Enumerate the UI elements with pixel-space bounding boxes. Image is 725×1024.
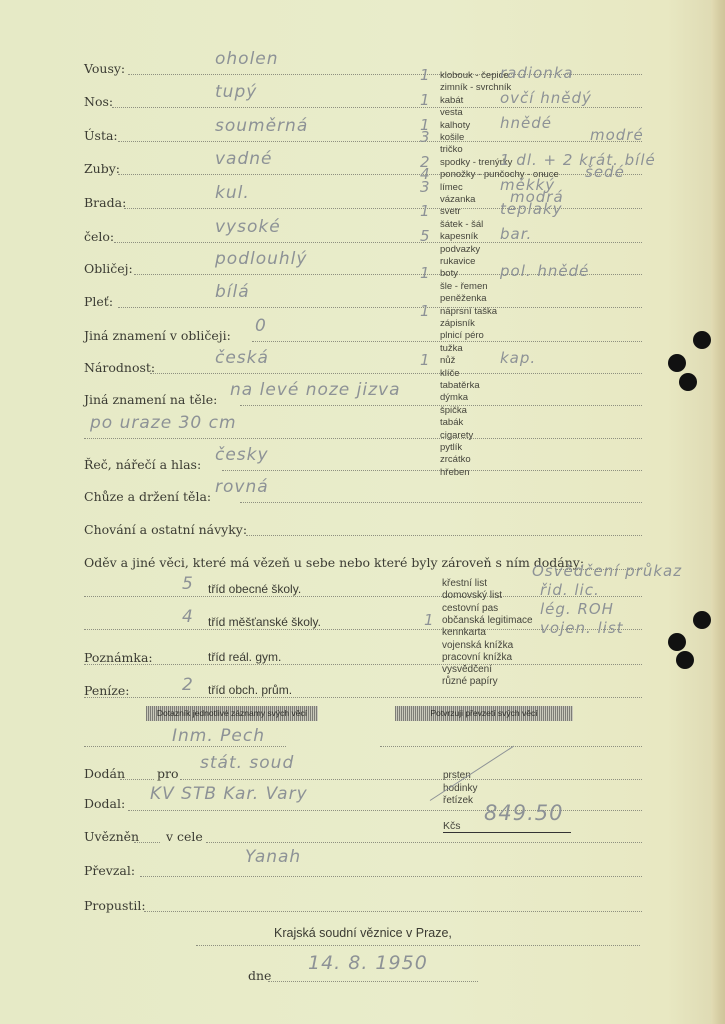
dotted-line xyxy=(206,842,642,843)
clothing-item: špička xyxy=(440,405,467,416)
document-item: pracovní knížka xyxy=(442,652,512,663)
dotted-line xyxy=(84,746,286,747)
clothing-note: pol. hnědé xyxy=(500,262,589,280)
dotted-line xyxy=(118,141,642,142)
punch-hole xyxy=(693,331,711,349)
field-value: tupý xyxy=(215,82,257,102)
clothing-item: košile xyxy=(440,132,464,143)
dotted-line xyxy=(120,779,154,780)
clothing-item: boty xyxy=(440,268,458,279)
clothing-item: tričko xyxy=(440,144,463,155)
field-label: Řeč, nářečí a hlas: xyxy=(84,457,201,472)
punch-hole xyxy=(668,354,686,372)
field-label: Obličej: xyxy=(84,261,133,276)
clothing-item: vesta xyxy=(440,107,463,118)
clothing-item: náprsní taška xyxy=(440,306,497,317)
clothing-count: 3 xyxy=(420,128,431,146)
dotted-line xyxy=(246,535,642,536)
dotted-line xyxy=(84,664,642,665)
field-value: vadné xyxy=(215,149,273,169)
field-label: Jiná znamení v obličeji: xyxy=(84,328,231,343)
punch-hole xyxy=(668,633,686,651)
uveznen-label: Uvězněn xyxy=(84,829,139,844)
dotted-line xyxy=(180,779,642,780)
field-label: Národnost: xyxy=(84,360,155,375)
clothing-item: dýmka xyxy=(440,392,468,403)
documents-note-line: vojen. list xyxy=(540,619,624,637)
date-value: 14. 8. 1950 xyxy=(308,952,428,974)
clothing-note: šedé xyxy=(585,163,625,181)
paper-edge xyxy=(711,0,725,1024)
clothing-note: 1 dl. + 2 krát. bílé xyxy=(500,151,656,169)
kcs-underline xyxy=(443,832,571,833)
clothing-item: vázanka xyxy=(440,194,475,205)
field-label: Vousy: xyxy=(84,61,125,76)
clothing-item: tabák xyxy=(440,417,463,428)
education-label: tříd obecné školy. xyxy=(208,582,301,596)
dotted-line xyxy=(134,842,160,843)
education-label: tříd reál. gym. xyxy=(208,650,281,664)
clothing-item: podvazky xyxy=(440,244,480,255)
field-value: česká xyxy=(215,348,269,368)
clothing-item: šátek - šál xyxy=(440,219,483,230)
field-label: Pleť: xyxy=(84,294,113,309)
clothing-item: cigarety xyxy=(440,430,473,441)
punch-hole xyxy=(693,611,711,629)
field-label: Zuby: xyxy=(84,161,120,176)
field-value: podlouhlý xyxy=(215,249,307,269)
clothing-heading: Oděv a jiné věci, které má vězeň u sebe … xyxy=(84,555,584,570)
prevzal-label: Převzal: xyxy=(84,863,135,878)
document-item: křestní list xyxy=(442,578,487,589)
dotted-line xyxy=(124,208,642,209)
propustil-label: Propustil: xyxy=(84,898,146,913)
dodan-label: Dodán xyxy=(84,766,125,781)
dodal-label: Dodal: xyxy=(84,796,125,811)
dotted-line xyxy=(84,697,642,698)
clothing-item: nůž xyxy=(440,355,455,366)
clothing-note: modré xyxy=(590,126,644,144)
dotted-line xyxy=(222,470,642,471)
document-item: kennkarta xyxy=(442,627,486,638)
field-label: Nos: xyxy=(84,94,113,109)
clothing-count: 1 xyxy=(420,91,431,109)
documents-note-line: řid. lic. xyxy=(540,581,600,599)
education-label: tříd obch. prům. xyxy=(208,683,292,697)
dotted-line xyxy=(128,810,642,811)
field-value: po uraze 30 cm xyxy=(90,413,237,433)
clothing-item: tužka xyxy=(440,343,463,354)
clothing-note: bar. xyxy=(500,225,532,243)
field-label: Ústa: xyxy=(84,128,118,143)
kcs-label: Kčs xyxy=(443,820,461,832)
penize-label: Peníze: xyxy=(84,683,130,698)
clothing-item: rukavice xyxy=(440,256,475,267)
field-value: kul. xyxy=(215,183,250,203)
clothing-item: svetr xyxy=(440,206,461,217)
clothing-count: 5 xyxy=(420,227,431,245)
dodan-value: stát. soud xyxy=(200,753,294,773)
dotted-line xyxy=(118,174,642,175)
field-label: Brada: xyxy=(84,195,126,210)
dotted-line xyxy=(112,107,642,108)
education-label: tříd měšťanské školy. xyxy=(208,615,321,629)
stamp-right: Potvrzuji převzetí svých věcí xyxy=(395,706,573,721)
clothing-item: klíče xyxy=(440,368,460,379)
clothing-count: 3 xyxy=(420,178,431,196)
field-value: vysoké xyxy=(215,217,281,237)
dotted-line xyxy=(196,945,640,946)
clothing-note: ovčí hnědý xyxy=(500,89,592,107)
clothing-note: hnědé xyxy=(500,114,552,132)
document-item: cestovní pas xyxy=(442,603,498,614)
kcs-value: 849.50 xyxy=(484,801,563,825)
clothing-count: 1 xyxy=(420,351,431,369)
punch-hole xyxy=(679,373,697,391)
clothing-count: 1 xyxy=(420,264,431,282)
clothing-item: kalhoty xyxy=(440,120,470,131)
dotted-line xyxy=(84,438,642,439)
dotted-line xyxy=(140,876,642,877)
valuable-item: řetízek xyxy=(443,795,473,806)
document-item: různé papíry xyxy=(442,676,498,687)
field-value: česky xyxy=(215,445,269,465)
dotted-line xyxy=(240,502,642,503)
dodal-value: KV STB Kar. Vary xyxy=(150,784,308,804)
education-count: 2 xyxy=(182,675,194,695)
clothing-count: 1 xyxy=(420,66,431,84)
clothing-item: pytlík xyxy=(440,442,462,453)
clothing-item: hřeben xyxy=(440,467,470,478)
poznamka-label: Poznámka: xyxy=(84,650,153,665)
v-cele-label: v cele xyxy=(166,829,203,844)
institution: Krajská soudní věznice v Praze, xyxy=(274,926,452,940)
field-value: rovná xyxy=(215,477,269,497)
dotted-line xyxy=(150,373,642,374)
signature-left: Inm. Pech xyxy=(172,726,265,746)
field-value: na levé noze jizva xyxy=(230,380,401,400)
punch-hole xyxy=(676,651,694,669)
document-item: vysvědčení xyxy=(442,664,492,675)
field-label: Chůze a držení těla: xyxy=(84,489,211,504)
clothing-item: kabát xyxy=(440,95,463,106)
document-item: vojenská knížka xyxy=(442,640,513,651)
documents-note-line: Osvědčení průkaz xyxy=(532,562,682,580)
dotted-line xyxy=(144,911,642,912)
dotted-line xyxy=(114,242,642,243)
field-value: souměrná xyxy=(215,116,308,136)
clothing-item: zápisník xyxy=(440,318,475,329)
clothing-item: kapesník xyxy=(440,231,478,242)
document-item: domovský list xyxy=(442,590,502,601)
clothing-count: 1 xyxy=(420,202,431,220)
education-count: 4 xyxy=(182,607,194,627)
field-value: bílá xyxy=(215,282,250,302)
clothing-item: plnicí péro xyxy=(440,330,484,341)
clothing-note: teplaky xyxy=(500,200,563,218)
documents-note-line: lég. ROH xyxy=(540,600,614,618)
clothing-item: zrcátko xyxy=(440,454,471,465)
field-label: čelo: xyxy=(84,229,114,244)
pro-label: pro xyxy=(157,766,179,781)
field-value: 0 xyxy=(255,316,267,336)
dotted-line xyxy=(268,981,478,982)
document-item: občanská legitimace xyxy=(442,615,533,626)
stamp-left: Dotazník jednotlivé záznamy svých věcí xyxy=(146,706,318,721)
clothing-item: klobouk - čepice xyxy=(440,70,509,81)
clothing-item: šle - řemen xyxy=(440,281,488,292)
clothing-note: radionka xyxy=(500,64,574,82)
prevzal-value: Yanah xyxy=(245,847,301,867)
clothing-item: peněženka xyxy=(440,293,486,304)
clothing-item: tabatěrka xyxy=(440,380,480,391)
document-count: 1 xyxy=(424,611,435,629)
clothing-item: límec xyxy=(440,182,463,193)
education-count: 5 xyxy=(182,574,194,594)
dotted-line xyxy=(118,307,642,308)
field-label: Jiná znamení na těle: xyxy=(84,392,217,407)
clothing-count: 1 xyxy=(420,302,431,320)
clothing-note: kap. xyxy=(500,349,536,367)
field-label: Chování a ostatní návyky: xyxy=(84,522,247,537)
field-value: oholen xyxy=(215,49,279,69)
